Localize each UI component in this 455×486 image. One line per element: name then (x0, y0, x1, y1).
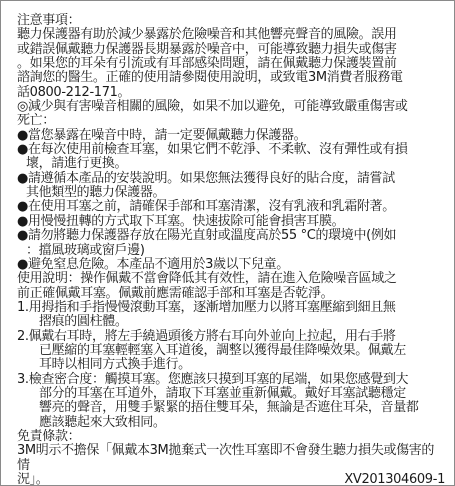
bullet-item: ●在使用耳塞之前，請確保手部和耳塞清潔，沒有乳液和乳霜附著。 (17, 200, 445, 214)
usage-paragraph: 使用說明：操作佩戴不當會降低其有效性，請在進入危險噪音區域之 前正確佩戴耳塞。佩… (17, 272, 445, 301)
intro-line: 或錯誤佩戴聽力保護器長期暴露於噪音中，可能導致聽力損失或傷害 (17, 43, 445, 57)
step-line: 3.檢查密合度：觸摸耳塞。您應該只摸到耳塞的尾端，如果您感覺到大 (17, 373, 445, 387)
step-line-continued: 應該聽起來大致相同。 (17, 416, 445, 430)
warning-paragraph: ◎減少與有害噪音相關的風險，如果不加以避免，可能導致嚴重傷害或 死亡： (17, 100, 445, 129)
step-item: 1.用拇指和手指慢慢滾動耳塞，逐漸增加壓力以將耳塞壓縮到細且無 摺痕的圓柱體。 (17, 301, 445, 330)
instruction-leaflet: 注意事項： 聽力保護器有助於減少暴露於危險噪音和其他響亮聲音的風險。誤用 或錯誤… (17, 14, 445, 486)
step-item: 3.檢查密合度：觸摸耳塞。您應該只摸到耳塞的尾端，如果您感覺到大 部分的耳塞在耳… (17, 373, 445, 430)
warning-bullet-list: ●當您暴露在噪音中時，請一定要佩戴聽力保護器。 ●在每次使用前檢查耳塞，如果它們… (17, 129, 445, 272)
disclaimer-line: 3M明示不擔保「佩戴本3M拋棄式一次性耳塞即不會發生聽力損失或傷害的情 (17, 444, 445, 473)
bullet-line-continued: 壞，請進行更換。 (17, 157, 445, 171)
document-frame: 注意事項： 聽力保護器有助於減少暴露於危險噪音和其他響亮聲音的風險。誤用 或錯誤… (0, 0, 455, 486)
step-line-continued: 響亮的聲音，用雙手緊緊的捂住雙耳朵，無論是否遮住耳朵，音量都 (17, 401, 445, 415)
disclaimer-line: 況」。 (17, 473, 48, 486)
bullet-item: ●當您暴露在噪音中時，請一定要佩戴聽力保護器。 (17, 129, 445, 143)
disclaimer-footer-row: 況」。 XV201304609-1 (17, 473, 445, 486)
warning-line: ◎減少與有害噪音相關的風險，如果不加以避免，可能導致嚴重傷害或 (17, 100, 445, 114)
warning-line: 死亡： (17, 114, 445, 128)
document-code: XV201304609-1 (344, 473, 445, 486)
bullet-item: ●在每次使用前檢查耳塞，如果它們不乾淨、不柔軟、沒有彈性或有損 壞，請進行更換。 (17, 143, 445, 172)
intro-paragraph: 聽力保護器有助於減少暴露於危險噪音和其他響亮聲音的風險。誤用 或錯誤佩戴聽力保護… (17, 28, 445, 100)
intro-line: 諮詢您的醫生。正確的使用請參閱使用說明，或致電3M消費者服務電 (17, 71, 445, 85)
bullet-line: ●當您暴露在噪音中時，請一定要佩戴聽力保護器。 (17, 129, 445, 143)
usage-line: 使用說明：操作佩戴不當會降低其有效性，請在進入危險噪音區域之 (17, 272, 445, 286)
usage-line: 前正確佩戴耳塞。佩戴前應需確認手部和耳塞是否乾淨。 (17, 287, 445, 301)
bullet-item: ●請勿將聽力保護器存放在陽光直射或溫度高於55 °C的環境中(例如 ：擋風玻璃或… (17, 229, 445, 258)
bullet-line: ●請遵循本產品的安裝說明。如果您無法獲得良好的貼合度，請嘗試 (17, 172, 445, 186)
bullet-line: ●在使用耳塞之前，請確保手部和耳塞清潔，沒有乳液和乳霜附著。 (17, 200, 445, 214)
bullet-line: ●請勿將聽力保護器存放在陽光直射或溫度高於55 °C的環境中(例如 (17, 229, 445, 243)
steps-list: 1.用拇指和手指慢慢滾動耳塞，逐漸增加壓力以將耳塞壓縮到細且無 摺痕的圓柱體。 … (17, 301, 445, 430)
bullet-line-continued: ：擋風玻璃或窗戶邊) (17, 244, 445, 258)
intro-line: 聽力保護器有助於減少暴露於危險噪音和其他響亮聲音的風險。誤用 (17, 28, 445, 42)
step-line-continued: 耳時以相同方式換手進行。 (17, 358, 445, 372)
step-item: 2.佩戴右耳時，將左手繞過頭後方將右耳向外並向上拉起，用右手將 已壓縮的耳塞輕輕… (17, 330, 445, 373)
step-line: 2.佩戴右耳時，將左手繞過頭後方將右耳向外並向上拉起，用右手將 (17, 330, 445, 344)
step-line-continued: 摺痕的圓柱體。 (17, 315, 445, 329)
disclaimer-section: 免責條款： 3M明示不擔保「佩戴本3M拋棄式一次性耳塞即不會發生聽力損失或傷害的… (17, 430, 445, 486)
bullet-item: ●請遵循本產品的安裝說明。如果您無法獲得良好的貼合度，請嘗試 其他類型的聽力保護… (17, 172, 445, 201)
intro-line: 話0800-212-171。 (17, 86, 445, 100)
bullet-item: ●用慢慢扭轉的方式取下耳塞。快速拔除可能會損害耳膜。 (17, 215, 445, 229)
bullet-line: ●用慢慢扭轉的方式取下耳塞。快速拔除可能會損害耳膜。 (17, 215, 445, 229)
